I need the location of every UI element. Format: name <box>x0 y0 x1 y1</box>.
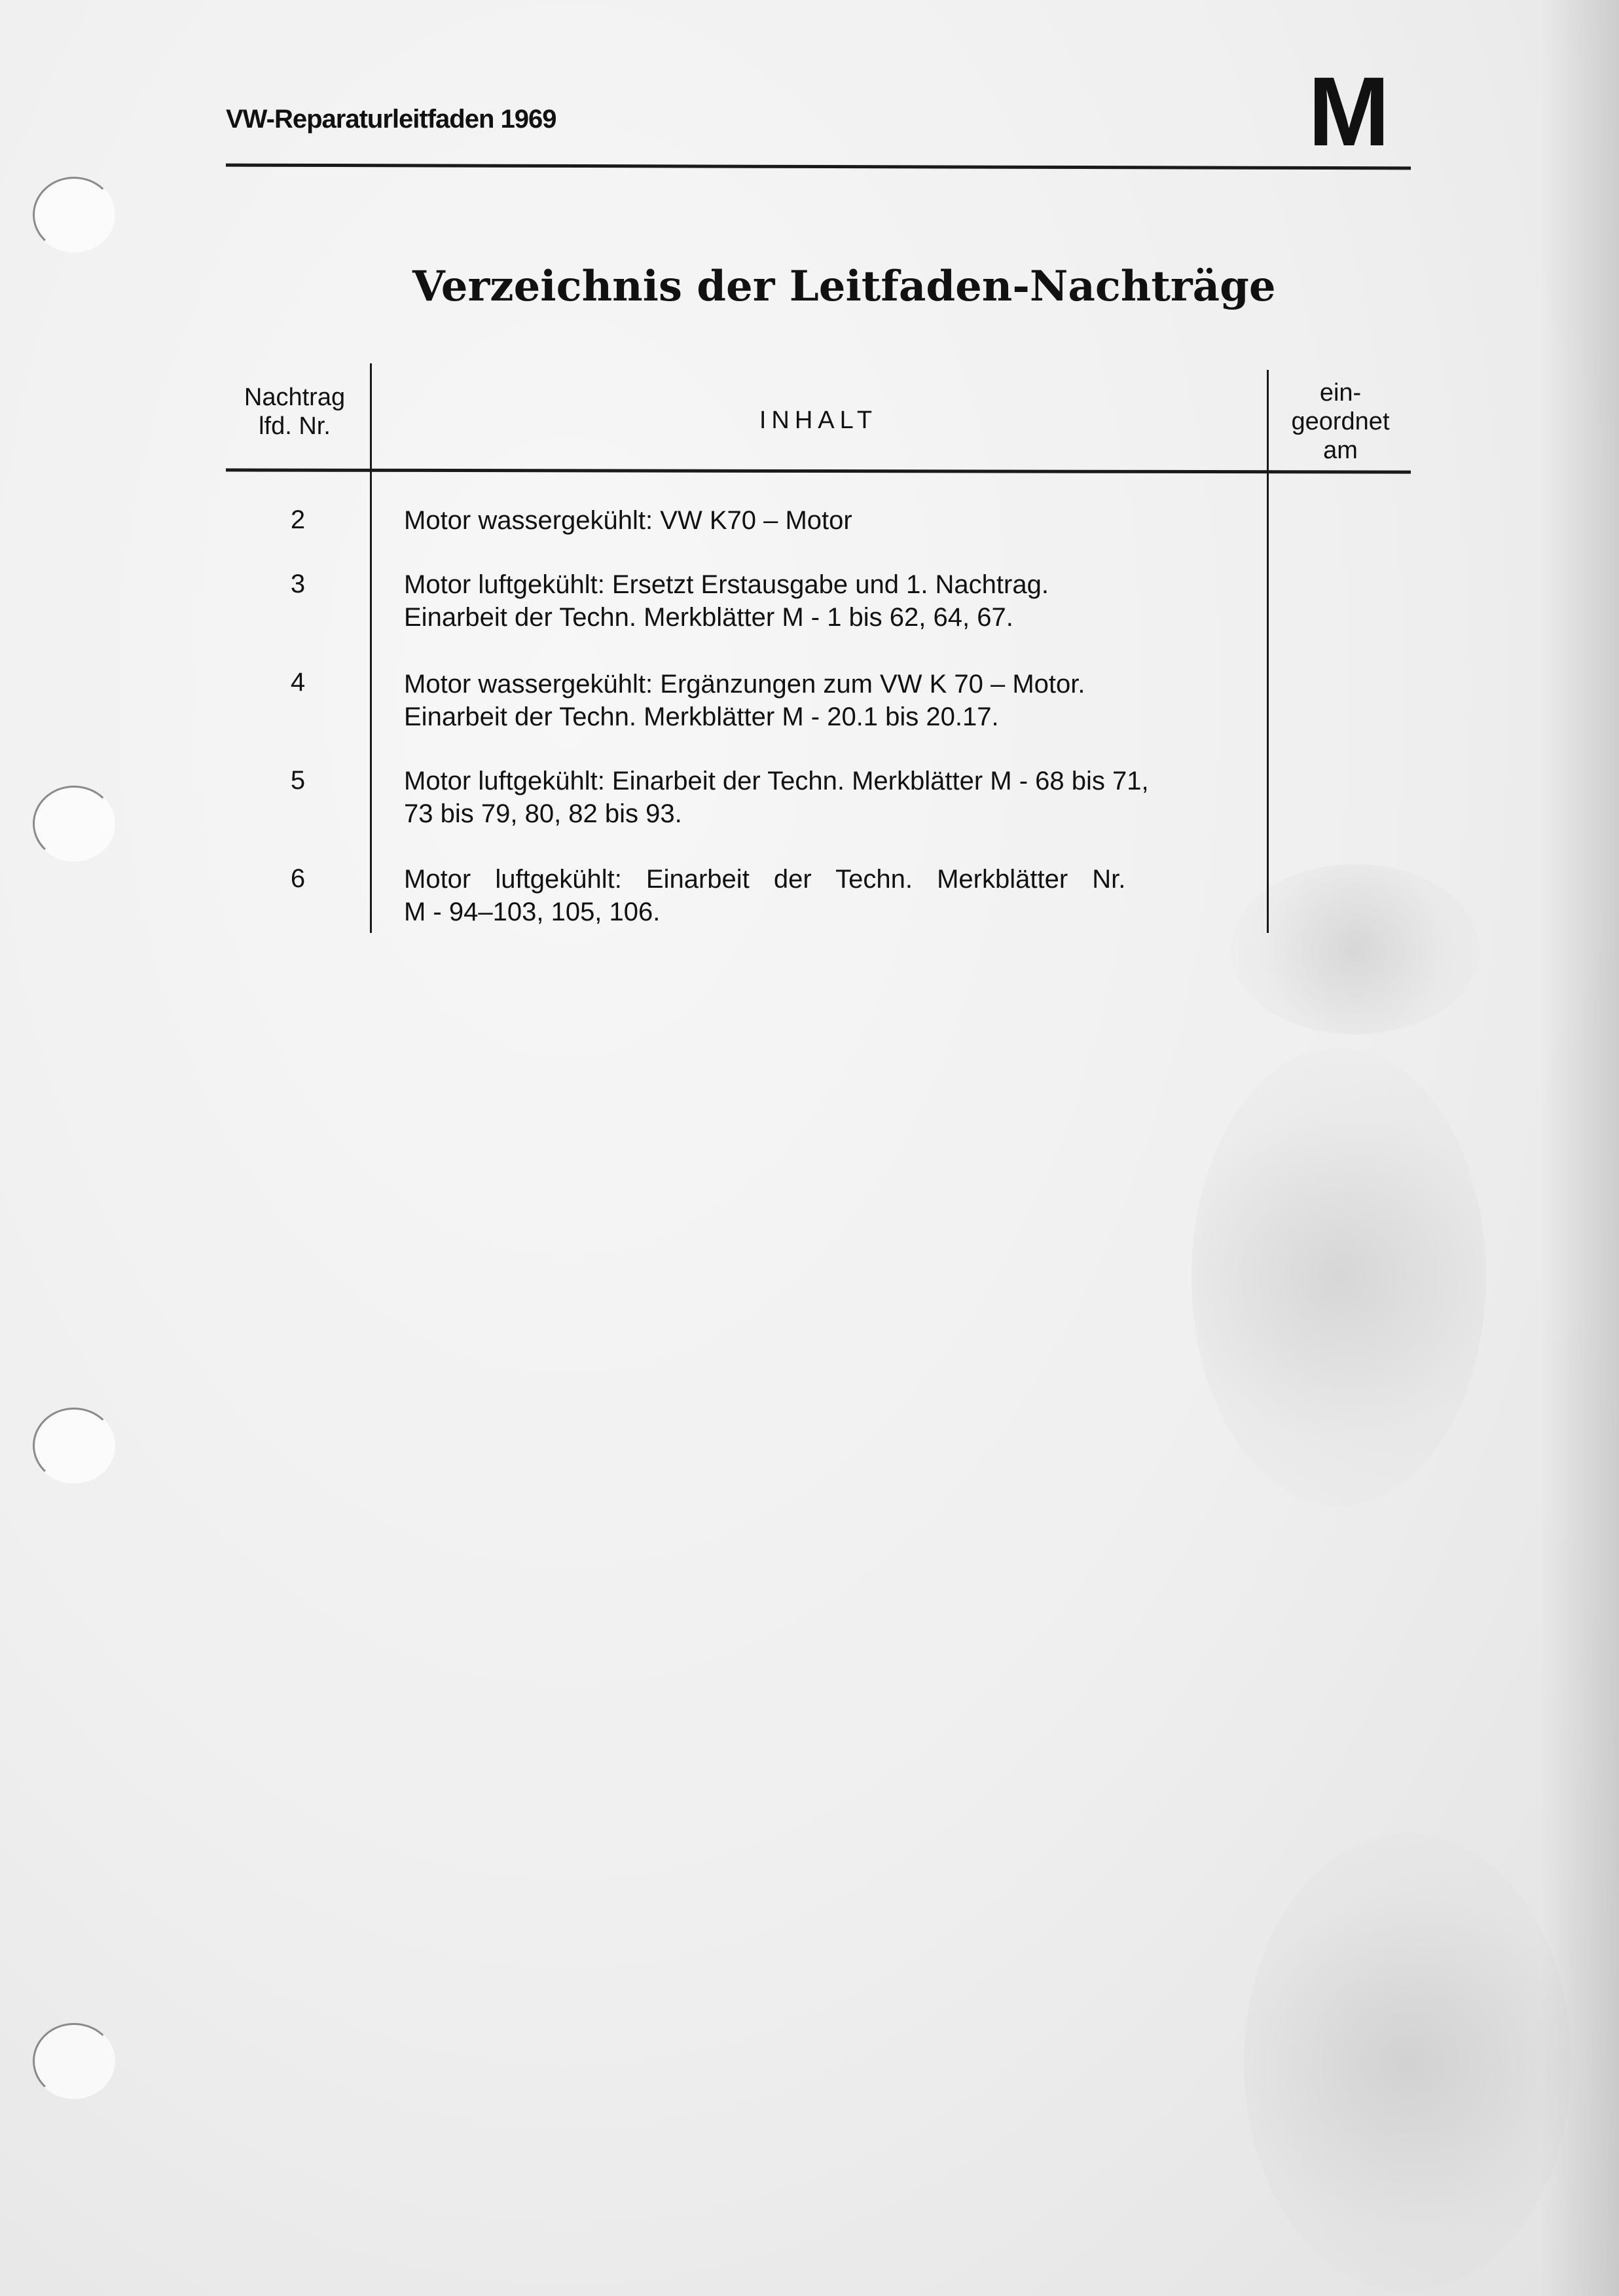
paper-edge-shadow <box>1540 0 1619 2296</box>
column-header-filed-line: ein- <box>1270 378 1411 407</box>
row-content: Motor wassergekühlt: Ergänzungen zum VW … <box>404 668 1255 733</box>
row-content: Motor luftgekühlt: Einarbeit der Techn. … <box>404 765 1255 830</box>
column-header-content: INHALT <box>373 406 1264 435</box>
column-divider <box>370 363 372 933</box>
row-content: Motor wassergekühlt: VW K70 – Motor <box>404 504 1255 537</box>
row-number: 4 <box>262 668 334 697</box>
row-content-line: M - 94–103, 105, 106. <box>404 896 1255 928</box>
column-header-number-line: lfd. Nr. <box>226 412 363 441</box>
column-header-filed-line: geordnet <box>1270 407 1411 436</box>
punch-hole <box>33 2023 115 2099</box>
page-title: Verzeichnis der Leitfaden-Nachträge <box>412 262 1276 311</box>
row-number: 6 <box>262 864 334 894</box>
row-content-line: Motor luftgekühlt: Einarbeit der Techn. … <box>404 765 1255 797</box>
punch-hole <box>33 786 115 862</box>
row-content-line: Einarbeit der Techn. Merkblätter M - 20.… <box>404 701 1255 733</box>
punch-hole <box>33 177 115 253</box>
row-content: Motor luftgekühlt: Einarbeit der Techn. … <box>404 863 1255 928</box>
manual-title: VW-Reparaturleitfaden 1969 <box>226 105 556 134</box>
column-header-number: Nachtrag lfd. Nr. <box>226 383 363 441</box>
stain <box>1244 1833 1571 2291</box>
section-letter: M <box>1308 62 1390 160</box>
row-number: 5 <box>262 766 334 795</box>
row-content-line: Motor wassergekühlt: VW K70 – Motor <box>404 504 1255 537</box>
column-header-filed-line: am <box>1270 436 1411 465</box>
column-divider <box>1267 370 1269 933</box>
row-content-line: Motor wassergekühlt: Ergänzungen zum VW … <box>404 668 1255 701</box>
row-content: Motor luftgekühlt: Ersetzt Erstausgabe u… <box>404 568 1255 634</box>
column-header-filed: ein- geordnet am <box>1270 378 1411 465</box>
row-content-line: Motor luftgekühlt: Ersetzt Erstausgabe u… <box>404 568 1255 601</box>
punch-hole <box>33 1408 115 1484</box>
row-number: 2 <box>262 505 334 535</box>
column-header-number-line: Nachtrag <box>226 383 363 412</box>
row-content-line: Motor luftgekühlt: Einarbeit der Techn. … <box>404 863 1255 896</box>
stain <box>1192 1048 1486 1506</box>
row-content-line: Einarbeit der Techn. Merkblätter M - 1 b… <box>404 601 1255 634</box>
row-number: 3 <box>262 570 334 599</box>
row-content-line: 73 bis 79, 80, 82 bis 93. <box>404 797 1255 830</box>
